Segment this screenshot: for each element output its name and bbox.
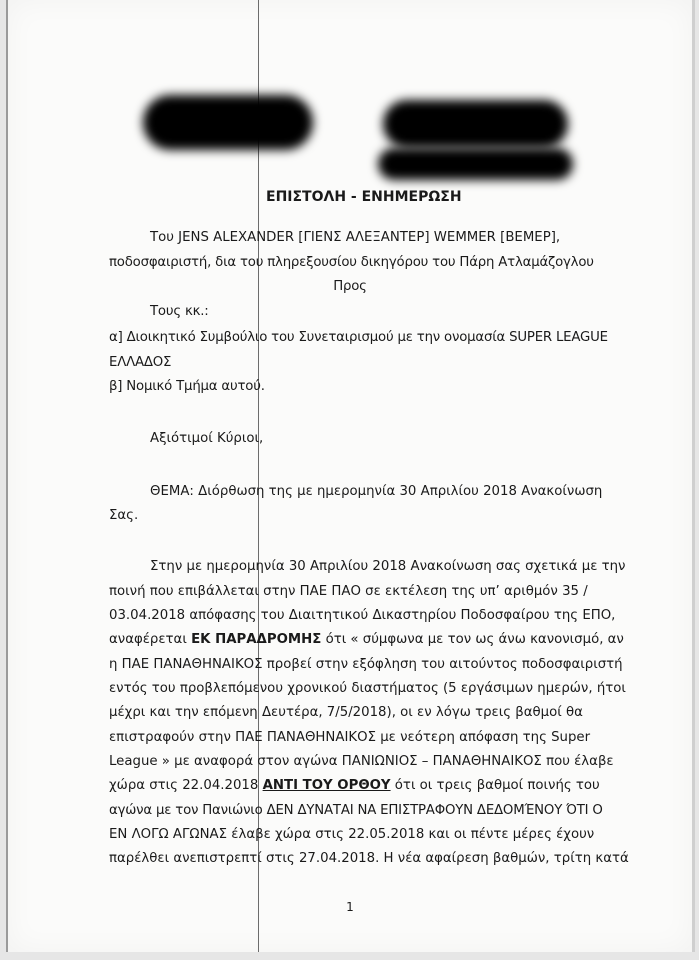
body-line-4: αναφέρεται ΕΚ ΠΑΡΑΔΡΟΜΗΣ ότι « σύμφωνα μ… bbox=[109, 632, 624, 647]
body-line-7: μέχρι και την επόμενη Δευτέρα, 7/5/2018)… bbox=[109, 705, 583, 720]
body-line-12: ΕΝ ΛΟΓΩ ΑΓΩΝΑΣ έλαβε χώρα στις 22.05.201… bbox=[109, 827, 594, 842]
body-line-10: χώρα στις 22.04.2018 ΑΝΤΙ ΤΟΥ ΟΡΘΟΥ ότι … bbox=[109, 778, 600, 793]
body-line-5: η ΠΑΕ ΠΑΝΑΘΗΝΑΙΚΟΣ προβεί στην εξόφληση … bbox=[109, 657, 623, 672]
redacted-header-right-lower bbox=[378, 148, 573, 180]
salutation: Αξιότιμοί Κύριοι, bbox=[150, 431, 263, 446]
recipient-a-line-2: ΕΛΛΑΔΟΣ bbox=[109, 355, 171, 370]
body-line-9: League » με αναφορά στον αγώνα ΠΑΝΙΩΝΙΟΣ… bbox=[109, 754, 614, 769]
document-photo: ΕΠΙΣΤΟΛΗ - ΕΝΗΜΕΡΩΣΗ Του JENS ALEXANDER … bbox=[0, 0, 699, 960]
body-line-10-pre: χώρα στις 22.04.2018 bbox=[109, 778, 258, 793]
body-line-8: επιστραφούν στην ΠΑΕ ΠΑΝΑΘΗΝΑΙΚΟΣ με νεό… bbox=[109, 730, 590, 745]
letter-title: ΕΠΙΣΤΟΛΗ - ΕΝΗΜΕΡΩΣΗ bbox=[266, 189, 462, 205]
body-line-13: παρέλθει ανεπιστρεπτί στις 27.04.2018. Η… bbox=[109, 851, 629, 866]
body-line-1: Στην με ημερομηνία 30 Απριλίου 2018 Ανακ… bbox=[150, 559, 626, 574]
redacted-header-right bbox=[383, 100, 568, 148]
sender-line-1-text: Του JENS ALEXANDER [ΓΙΕΝΣ ΑΛΕΞΑΝΤΕΡ] WEM… bbox=[150, 230, 603, 245]
body-line-10-post: ότι οι τρεις βαθμοί ποινής του bbox=[395, 778, 600, 793]
letter-page: ΕΠΙΣΤΟΛΗ - ΕΝΗΜΕΡΩΣΗ Του JENS ALEXANDER … bbox=[6, 0, 695, 952]
body-line-4-post: ότι « σύμφωνα με τον ως άνω κανονισμό, α… bbox=[326, 632, 624, 647]
to-label: Προς bbox=[8, 279, 692, 294]
recipient-b: β] Νομικό Τμήμα αυτού. bbox=[109, 379, 265, 394]
emphasis-anti-tou-orthou: ΑΝΤΙ ΤΟΥ ΟΡΘΟΥ bbox=[263, 778, 391, 793]
page-number: 1 bbox=[8, 900, 692, 914]
subject-line-2: Σας. bbox=[109, 508, 138, 523]
recipient-a-line-1: α] Διοικητικό Συμβούλιο του Συνεταιρισμο… bbox=[109, 330, 608, 345]
sender-line-2: ποδοσφαιριστή, δια του πληρεξουσίου δικη… bbox=[109, 255, 594, 270]
body-line-4-pre: αναφέρεται bbox=[109, 632, 187, 647]
subject-line-1: ΘΕΜΑ: Διόρθωση της με ημερομηνία 30 Απρι… bbox=[150, 484, 602, 499]
body-line-3: 03.04.2018 απόφασης του Διαιτητικού Δικα… bbox=[109, 608, 615, 623]
body-line-2: ποινή που επιβάλλεται στην ΠΑΕ ΠΑΟ σε εκ… bbox=[109, 584, 588, 599]
body-line-6: εντός του προβλεπόμενου χρονικού διαστήμ… bbox=[109, 681, 626, 696]
redacted-header-left bbox=[143, 95, 313, 150]
sender-line-1: Του JENS ALEXANDER [ΓΙΕΝΣ ΑΛΕΞΑΝΤΕΡ] WEM… bbox=[150, 230, 603, 245]
emphasis-ek-paradromis: ΕΚ ΠΑΡΑΔΡΟΜΗΣ bbox=[191, 632, 321, 647]
recipients-label: Τους κκ.: bbox=[150, 304, 209, 319]
body-line-11: αγώνα με τον Πανιώνιο ΔΕΝ ΔΥΝΑΤΑΙ ΝΑ ΕΠΙ… bbox=[109, 803, 603, 818]
